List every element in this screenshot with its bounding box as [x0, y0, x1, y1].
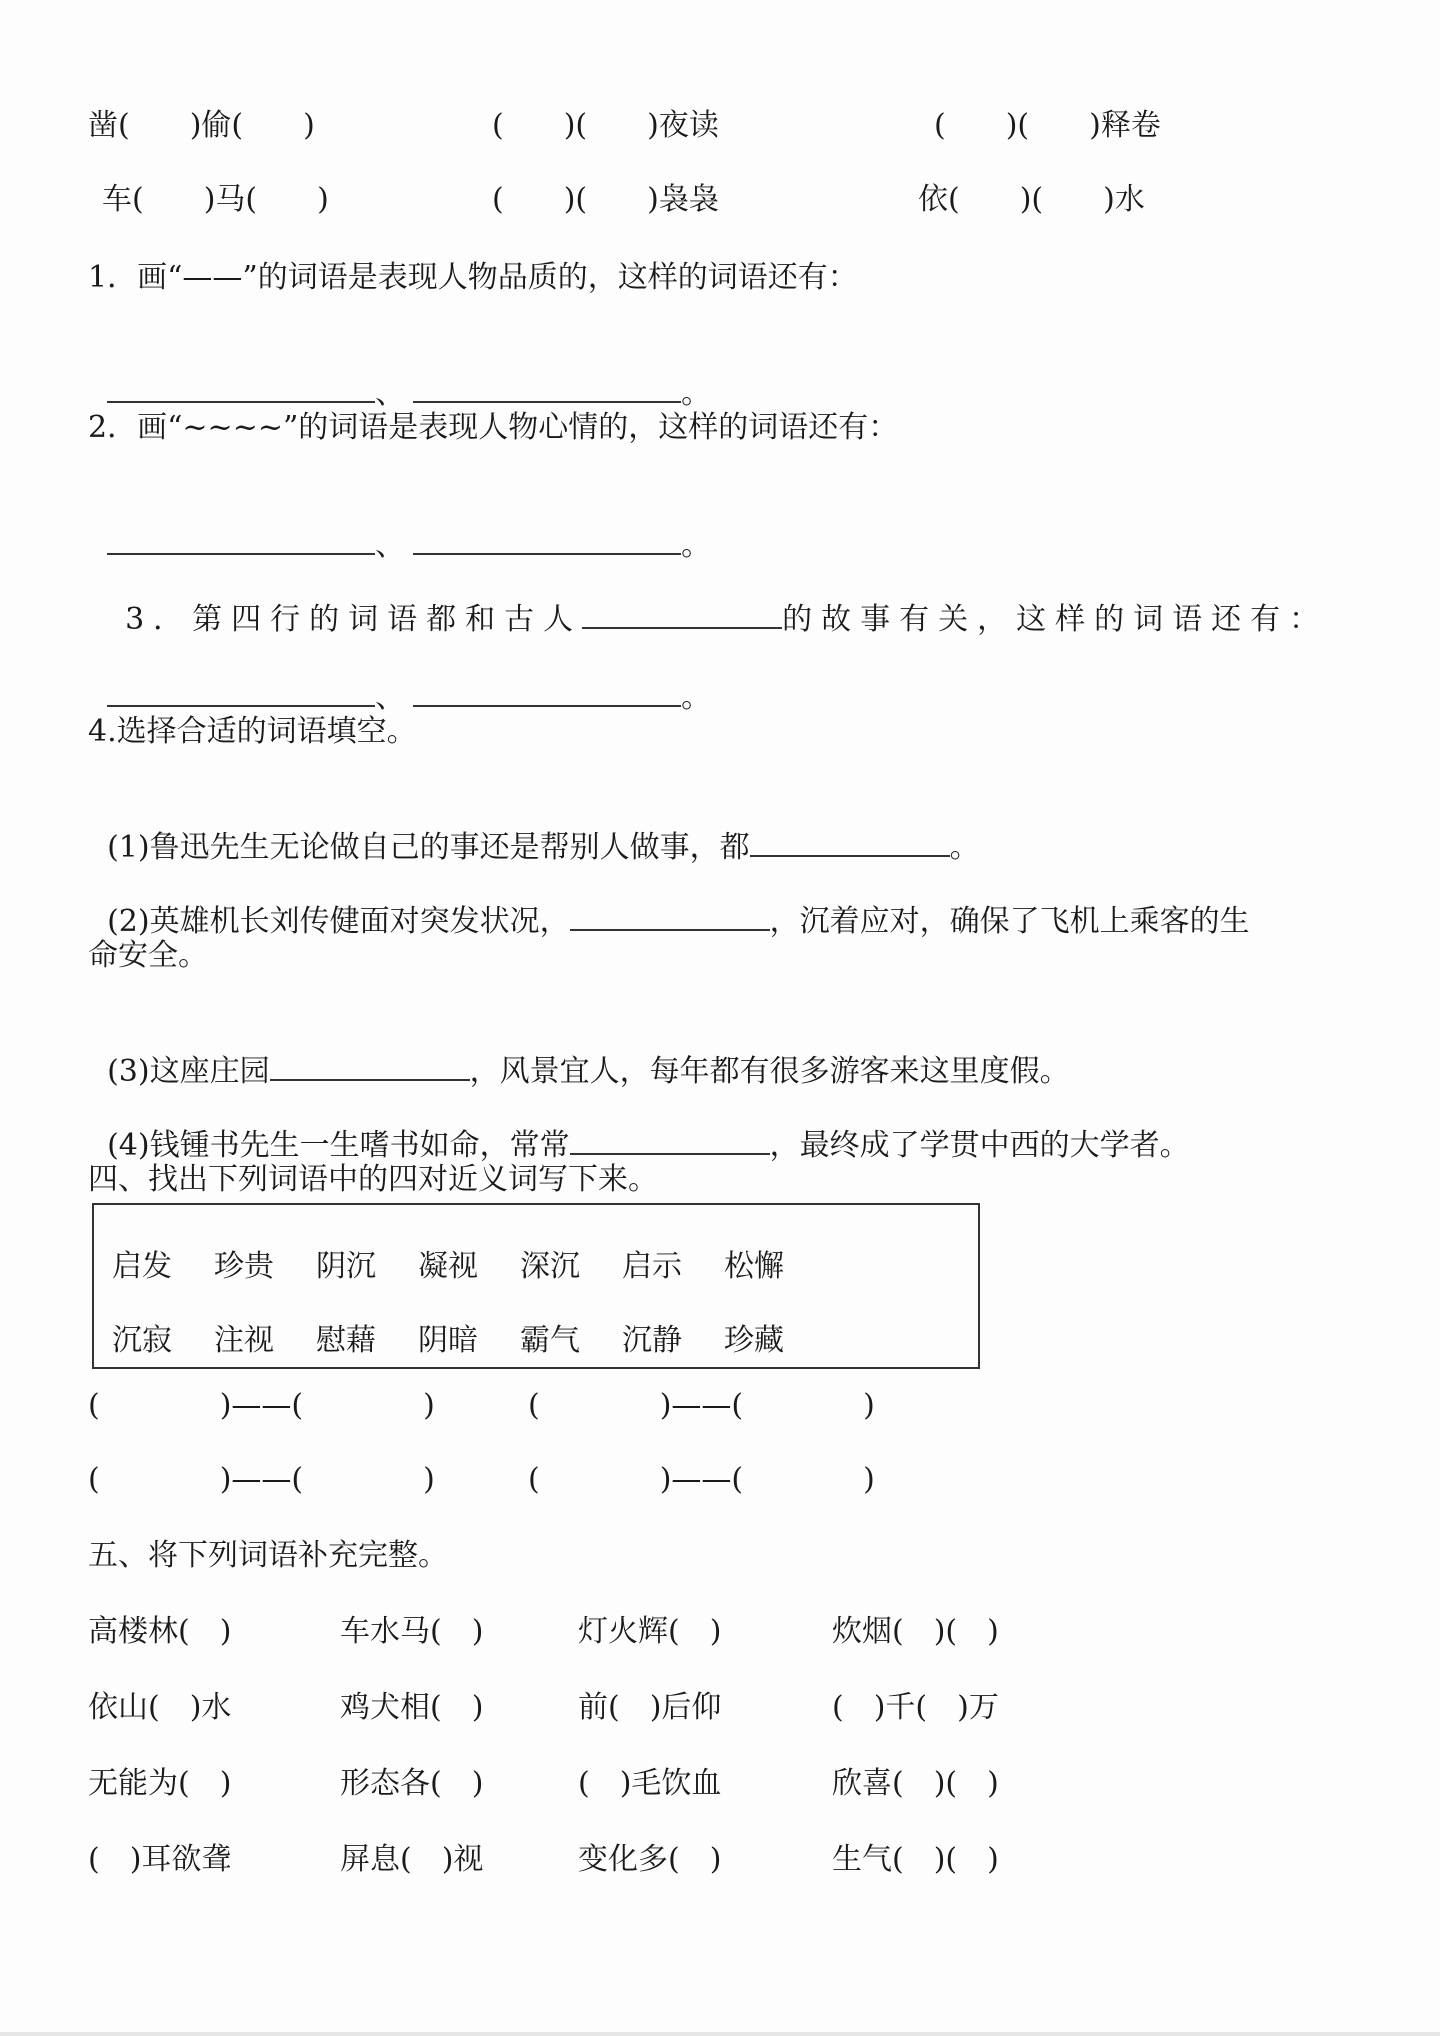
answer-blank[interactable] [570, 1131, 770, 1155]
word-bank-box: 启发珍贵阴沉凝视深沉启示松懈 沉寂注视慰藉阴暗霸气沉静珍藏 [92, 1203, 980, 1369]
synonym-pair[interactable]: ( )——( ) [88, 1386, 435, 1426]
question-4-item-4: (4)钱锺书先生一生嗜书如命，常常，最终成了学贯中西的大学者。 [88, 1086, 1190, 1166]
synonym-pair[interactable]: ( )——( ) [528, 1386, 875, 1426]
idiom-item[interactable]: 依( )( )水 [918, 180, 1145, 220]
answer-blank[interactable] [570, 907, 770, 931]
word: 珍贵 [214, 1241, 316, 1285]
question-3-suffix: 的故事有关，这样的词语还有： [782, 602, 1328, 637]
page-bottom-edge [0, 2032, 1440, 2036]
idiom-complete[interactable]: 前( )后仰 [578, 1688, 721, 1728]
item-text: (4)钱锺书先生一生嗜书如命，常常 [107, 1128, 570, 1163]
word-bank-row-2: 沉寂注视慰藉阴暗霸气沉静珍藏 [112, 1315, 826, 1359]
word: 深沉 [520, 1241, 622, 1285]
answer-blank[interactable] [413, 379, 681, 403]
question-4-item-1: (1)鲁迅先生无论做自己的事还是帮别人做事，都。 [88, 788, 980, 868]
idiom-item[interactable]: 凿( )偷( ) [88, 106, 315, 146]
idiom-item[interactable]: ( )( )夜读 [492, 106, 719, 146]
idiom-complete[interactable]: 生气( )( ) [832, 1840, 999, 1880]
idiom-complete[interactable]: 灯火辉( ) [578, 1612, 721, 1652]
word: 松懈 [724, 1241, 826, 1285]
answer-blank[interactable] [107, 683, 375, 707]
question-4-item-2-continuation: 命安全。 [88, 936, 208, 976]
section-5-title: 五、将下列词语补充完整。 [88, 1536, 448, 1576]
item-text: ，风景宜人，每年都有很多游客来这里度假。 [470, 1054, 1070, 1089]
idiom-complete[interactable]: 鸡犬相( ) [340, 1688, 483, 1728]
word: 沉静 [622, 1315, 724, 1359]
item-text: (1)鲁迅先生无论做自己的事还是帮别人做事，都 [107, 830, 750, 865]
idiom-complete[interactable]: 高楼林( ) [88, 1612, 231, 1652]
synonym-pair[interactable]: ( )——( ) [528, 1460, 875, 1500]
word: 凝视 [418, 1241, 520, 1285]
answer-blank[interactable] [413, 683, 681, 707]
question-4-item-3: (3)这座庄园，风景宜人，每年都有很多游客来这里度假。 [88, 1012, 1070, 1092]
word: 阴暗 [418, 1315, 520, 1359]
word: 沉寂 [112, 1315, 214, 1359]
idiom-complete[interactable]: 车水马( ) [340, 1612, 483, 1652]
period: 。 [681, 376, 711, 411]
idiom-complete[interactable]: 炊烟( )( ) [832, 1612, 999, 1652]
idiom-item[interactable]: ( )( )袅袅 [492, 180, 719, 220]
period: 。 [681, 680, 711, 715]
idiom-complete[interactable]: 屏息( )视 [340, 1840, 483, 1880]
word: 启示 [622, 1241, 724, 1285]
answer-blank[interactable] [270, 1057, 470, 1081]
answer-blank[interactable] [413, 531, 681, 555]
answer-blank[interactable] [107, 379, 375, 403]
period: 。 [681, 528, 711, 563]
question-2-answers: 、。 [88, 486, 711, 566]
item-text: 。 [950, 830, 980, 865]
separator: 、 [375, 528, 405, 563]
idiom-complete[interactable]: ( )毛饮血 [578, 1764, 721, 1804]
synonym-pair[interactable]: ( )——( ) [88, 1460, 435, 1500]
idiom-complete[interactable]: 变化多( ) [578, 1840, 721, 1880]
idiom-complete[interactable]: 依山( )水 [88, 1688, 231, 1728]
word: 慰藉 [316, 1315, 418, 1359]
idiom-complete[interactable]: 无能为( ) [88, 1764, 231, 1804]
word: 启发 [112, 1241, 214, 1285]
item-text: ，沉着应对，确保了飞机上乘客的生 [770, 904, 1250, 939]
question-2-text: 2．画“~~~~”的词语是表现人物心情的，这样的词语还有： [88, 408, 898, 448]
question-4-item-2: (2)英雄机长刘传健面对突发状况，，沉着应对，确保了飞机上乘客的生 [88, 862, 1250, 942]
item-text: (2)英雄机长刘传健面对突发状况， [107, 904, 570, 939]
question-1-answers: 、。 [88, 334, 711, 414]
idiom-complete[interactable]: 形态各( ) [340, 1764, 483, 1804]
idiom-complete[interactable]: ( )千( )万 [832, 1688, 999, 1728]
question-3-text: 3．第四行的词语都和古人的故事有关，这样的词语还有： [88, 560, 1328, 640]
word: 珍藏 [724, 1315, 826, 1359]
word: 霸气 [520, 1315, 622, 1359]
word: 注视 [214, 1315, 316, 1359]
separator: 、 [375, 376, 405, 411]
item-text: ，最终成了学贯中西的大学者。 [770, 1128, 1190, 1163]
item-text: (3)这座庄园 [107, 1054, 270, 1089]
section-4-title: 四、找出下列词语中的四对近义词写下来。 [88, 1160, 658, 1200]
idiom-item[interactable]: 车( )马( ) [102, 180, 329, 220]
question-4-title: 4.选择合适的词语填空。 [88, 712, 417, 752]
idiom-complete[interactable]: ( )耳欲聋 [88, 1840, 231, 1880]
question-3-prefix: 3．第四行的词语都和古人 [125, 602, 582, 637]
word: 阴沉 [316, 1241, 418, 1285]
idiom-item[interactable]: ( )( )释卷 [934, 106, 1161, 146]
answer-blank[interactable] [582, 605, 782, 629]
question-3-answers: 、。 [88, 638, 711, 718]
separator: 、 [375, 680, 405, 715]
idiom-complete[interactable]: 欣喜( )( ) [832, 1764, 999, 1804]
answer-blank[interactable] [107, 531, 375, 555]
word-bank-row-1: 启发珍贵阴沉凝视深沉启示松懈 [112, 1241, 826, 1285]
answer-blank[interactable] [750, 833, 950, 857]
question-1-text: 1．画“——”的词语是表现人物品质的，这样的词语还有： [88, 258, 858, 298]
